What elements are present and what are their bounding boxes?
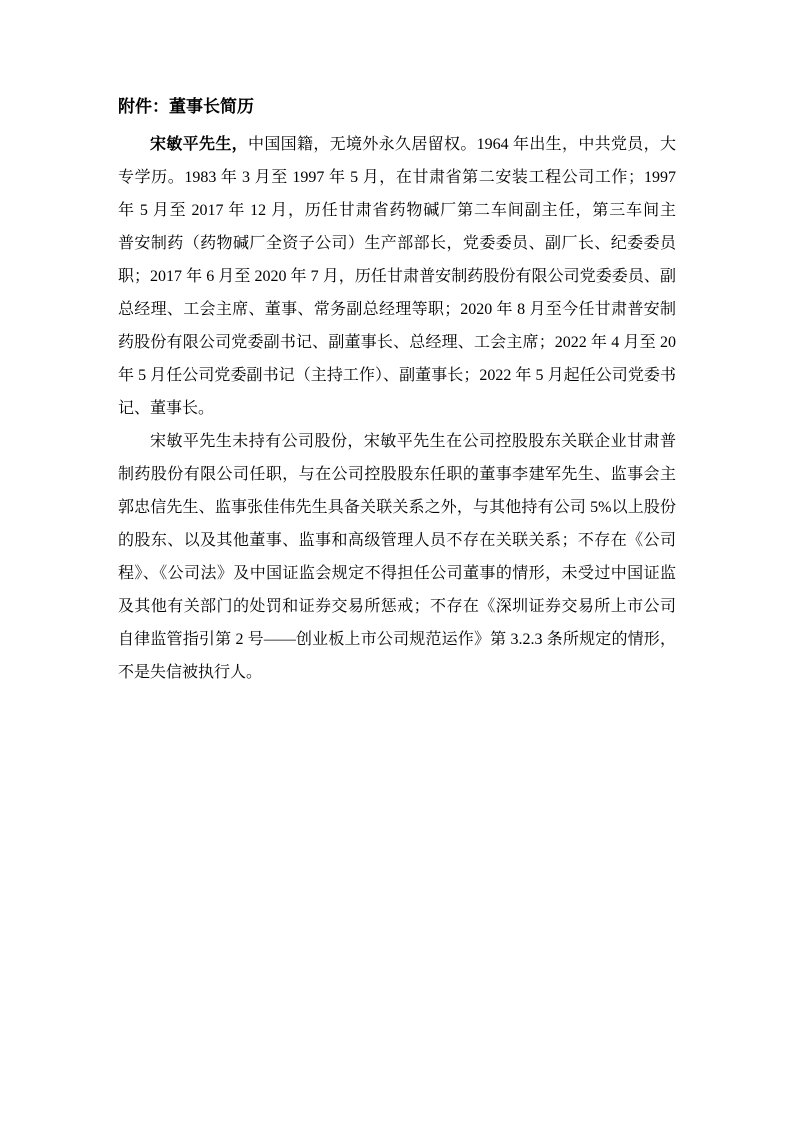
text-line: 总经理、工会主席、董事、常务副总经理等职；2020 年 8 月至今任甘肃普安制 bbox=[118, 293, 676, 326]
text-line: 年 5 月至 2017 年 12 月，历任甘肃省药物碱厂第二车间副主任，第三车间… bbox=[118, 194, 676, 227]
text-line: 郭忠信先生、监事张佳伟先生具备关联关系之外，与其他持有公司 5%以上股份 bbox=[118, 491, 676, 524]
text-line: 自律监管指引第 2 号——创业板上市公司规范运作》第 3.2.3 条所规定的情形… bbox=[118, 623, 676, 656]
related-party-statement-paragraph: 宋敏平先生未持有公司股份，宋敏平先生在公司控股股东关联企业甘肃普安制药股份有限公… bbox=[118, 425, 676, 689]
text-line: 专学历。1983 年 3 月至 1997 年 5 月，在甘肃省第二安装工程公司工… bbox=[118, 161, 676, 194]
text-line: 不是失信被执行人。 bbox=[118, 656, 676, 689]
text-line: 职；2017 年 6 月至 2020 年 7 月，历任甘肃普安制药股份有限公司党… bbox=[118, 260, 676, 293]
chairman-bio-paragraph: 宋敏平先生，中国国籍，无境外永久居留权。1964 年出生，中共党员，大专学历。1… bbox=[118, 128, 676, 425]
text-line: 普安制药（药物碱厂全资子公司）生产部部长，党委委员、副厂长、纪委委员等 bbox=[118, 227, 676, 260]
person-name-bold-lead: 宋敏平先生， bbox=[150, 136, 248, 153]
text-line: 药股份有限公司党委副书记、副董事长、总经理、工会主席；2022 年 4 月至 2… bbox=[118, 326, 676, 359]
text-line: 记、董事长。 bbox=[118, 392, 676, 425]
document-page: 附件：董事长简历 宋敏平先生，中国国籍，无境外永久居留权。1964 年出生，中共… bbox=[0, 0, 793, 1122]
text-line: 的股东、以及其他董事、监事和高级管理人员不存在关联关系；不存在《公司章 bbox=[118, 524, 676, 557]
text-line: 宋敏平先生，中国国籍，无境外永久居留权。1964 年出生，中共党员，大 bbox=[118, 128, 676, 161]
text-line: 及其他有关部门的处罚和证券交易所惩戒；不存在《深圳证券交易所上市公司 bbox=[118, 590, 676, 623]
text-line: 程》、《公司法》及中国证监会规定不得担任公司董事的情形，未受过中国证监会 bbox=[118, 557, 676, 590]
text-line: 宋敏平先生未持有公司股份，宋敏平先生在公司控股股东关联企业甘肃普安 bbox=[118, 425, 676, 458]
text-line: 年 5 月任公司党委副书记（主持工作）、副董事长；2022 年 5 月起任公司党… bbox=[118, 359, 676, 392]
attachment-heading: 附件：董事长简历 bbox=[118, 90, 676, 123]
text-line: 制药股份有限公司任职，与在公司控股股东任职的董事李建军先生、监事会主席 bbox=[118, 458, 676, 491]
